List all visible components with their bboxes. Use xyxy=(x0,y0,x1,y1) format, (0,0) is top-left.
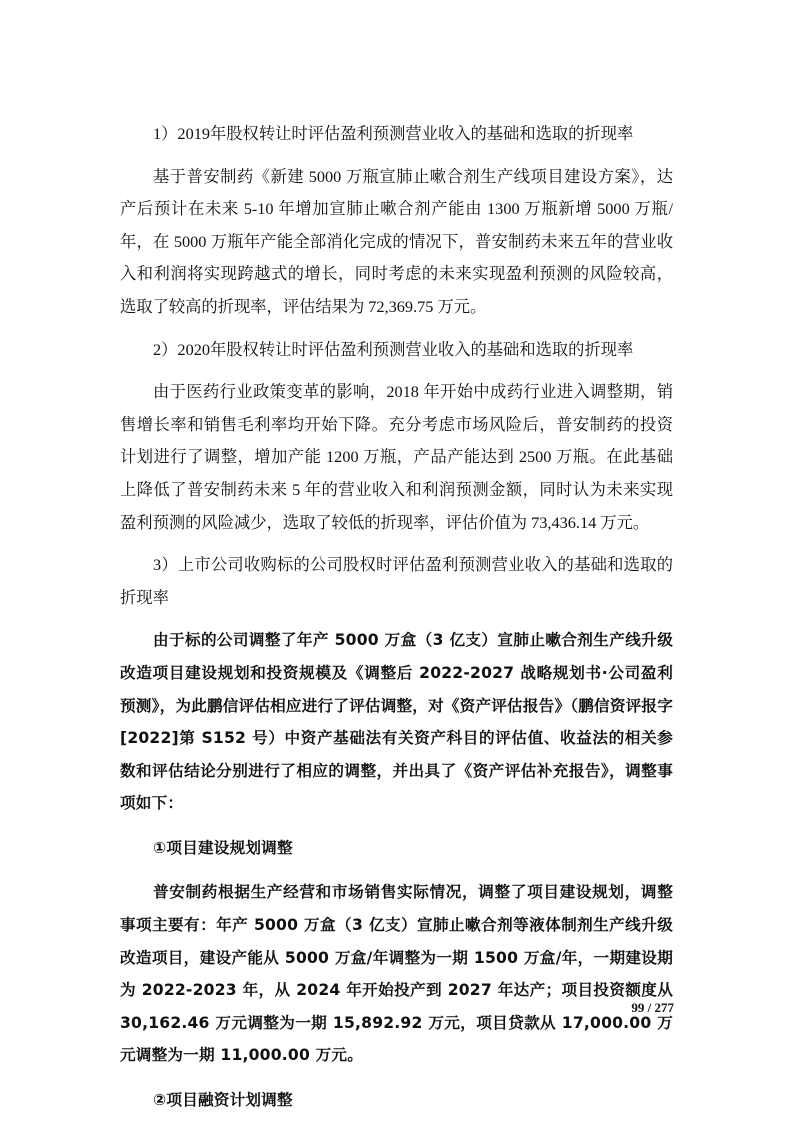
document-page: 1）2019年股权转让时评估盈利预测营业收入的基础和选取的折现率 基于普安制药《… xyxy=(0,0,793,1122)
section-heading-2020: 2）2020年股权转让时评估盈利预测营业收入的基础和选取的折现率 xyxy=(120,334,673,367)
page-number: 99 / 277 xyxy=(631,1000,674,1016)
paragraph-adjustment-intro: 由于标的公司调整了年产 5000 万盒（3 亿支）宣肺止嗽合剂生产线升级改造项目… xyxy=(120,624,673,820)
paragraph-2020-basis: 由于医药行业政策变革的影响，2018 年开始中成药行业进入调整期，销售增长率和销… xyxy=(120,376,673,539)
paragraph-2019-basis: 基于普安制药《新建 5000 万瓶宣肺止嗽合剂生产线项目建设方案》，达产后预计在… xyxy=(120,161,673,324)
section-heading-2019: 1）2019年股权转让时评估盈利预测营业收入的基础和选取的折现率 xyxy=(120,118,673,151)
subheading-construction-plan: ①项目建设规划调整 xyxy=(120,832,673,865)
paragraph-construction-plan: 普安制药根据生产经营和市场销售实际情况，调整了项目建设规划，调整事项主要有：年产… xyxy=(120,876,673,1072)
section-heading-acquisition: 3）上市公司收购标的公司股权时评估盈利预测营业收入的基础和选取的折现率 xyxy=(120,549,673,614)
subheading-financing-plan: ②项目融资计划调整 xyxy=(120,1084,673,1117)
page-content: 1）2019年股权转让时评估盈利预测营业收入的基础和选取的折现率 基于普安制药《… xyxy=(120,118,673,1117)
